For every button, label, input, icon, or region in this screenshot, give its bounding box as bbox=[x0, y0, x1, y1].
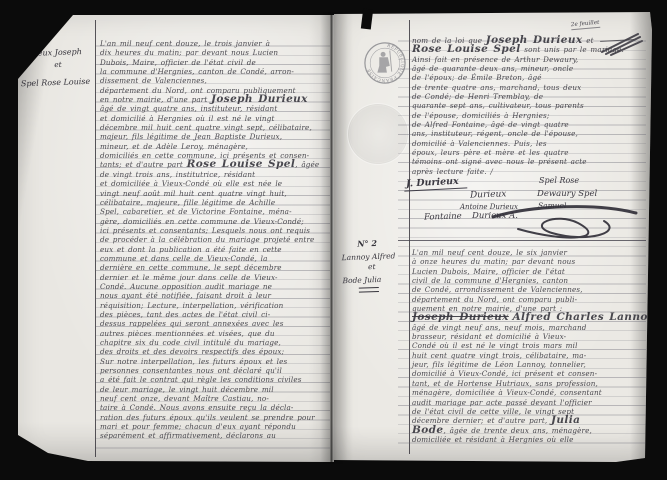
right-page: 2e feuillet RÉPUBLIQUE FRANÇAISE N° 2 La… bbox=[334, 12, 652, 462]
signature: Spel Rose bbox=[539, 176, 579, 185]
manuscript-line: décembre mil huit cent quatre vingt sept… bbox=[100, 123, 330, 132]
emphasized-name: Alfred Charles Lannoy bbox=[512, 311, 654, 323]
act1-number: N° 1 bbox=[29, 28, 93, 40]
manuscript-line: taire à Condé. Nous avons ensuite reçu l… bbox=[100, 403, 330, 412]
manuscript-line: ménagère, domiciliée à Vieux-Condé, cons… bbox=[412, 388, 646, 397]
manuscript-line: commune et dans celle de Vieux-Condé, la bbox=[100, 254, 330, 263]
manuscript-line: ici présents et consentants; Lesquels no… bbox=[100, 226, 330, 235]
manuscript-line: dernière en cette commune, le sept décem… bbox=[100, 263, 330, 272]
manuscript-line: nous ayant été notifiée, faisant droit à… bbox=[100, 291, 330, 300]
manuscript-line: tant, et de Hortense Hutriaux, sans prof… bbox=[412, 379, 646, 388]
signature: Durieux A. bbox=[472, 211, 518, 221]
manuscript-line: domiciliée et résidant à Hergnies où ell… bbox=[412, 435, 646, 444]
emphasized-name: Joseph Durieux bbox=[412, 311, 509, 323]
manuscript-line: domicilié à Vieux-Condé, ici présent et … bbox=[412, 369, 646, 378]
left-page: N° 1 Durieux Joseph et Spel Rose Louise … bbox=[18, 15, 334, 462]
manuscript-line: tants; et d'autre part Rose Louise Spel,… bbox=[100, 160, 330, 169]
manuscript-line: gère, domiciliés en cette commune de Vie… bbox=[100, 217, 330, 226]
manuscript-line: vingt neuf août mil huit cent quatre vin… bbox=[100, 189, 330, 198]
emphasized-name: Rose Louise Spel bbox=[187, 158, 296, 170]
manuscript-line: de vingt trois ans, institutrice, résida… bbox=[100, 170, 330, 179]
manuscript-line: de Condé, arrondissement de Valenciennes… bbox=[412, 285, 646, 294]
manuscript-line: décembre dernier; et d'autre part, Julia bbox=[412, 416, 646, 425]
act1-bride-name: Spel Rose Louise bbox=[21, 77, 95, 89]
signature: Antoine Durieux bbox=[460, 203, 518, 211]
manuscript-line: des pièces, tant des actes de l'état civ… bbox=[100, 310, 330, 319]
signature: Dewaury Spel bbox=[537, 189, 597, 199]
manuscript-line: huit cent quatre vingt trois, célibatair… bbox=[412, 351, 646, 360]
manuscript-line: Bode, âgée de trente deux ans, ménagère, bbox=[412, 426, 646, 435]
manuscript-line: autres pièces mentionnées et visées, que… bbox=[100, 329, 330, 338]
manuscript-line: âgé de vingt quatre ans, instituteur, ré… bbox=[100, 104, 330, 113]
act1-margin-note: N° 1 Durieux Joseph et Spel Rose Louise bbox=[19, 28, 95, 89]
manuscript-line: majeur, fils légitime de Jean Baptiste D… bbox=[100, 132, 330, 141]
act1-body-text: L'an mil neuf cent douze, le trois janvi… bbox=[96, 39, 330, 441]
manuscript-line: jeur, fils légitime de Léon Lannoy, tonn… bbox=[412, 360, 646, 369]
manuscript-line: L'an mil neuf cent douze, le trois janvi… bbox=[100, 39, 330, 48]
manuscript-line: Condé où il est né le vingt trois mars m… bbox=[412, 341, 646, 350]
signature: Samuel bbox=[538, 201, 566, 210]
manuscript-line: département du Nord, ont comparu publi- bbox=[412, 295, 646, 304]
manuscript-line: personnes consentantes nous ont déclaré … bbox=[100, 366, 330, 375]
manuscript-line: L'an mil neuf cent douze, le six janvier bbox=[412, 248, 646, 257]
manuscript-line: civil de la commune d'Hergnies, canton bbox=[412, 276, 646, 285]
manuscript-line: audit mariage par acte passé devant l'of… bbox=[412, 398, 646, 407]
manuscript-line: chapitre six du code civil intitulé du m… bbox=[100, 338, 330, 347]
scanned-register-spread: N° 1 Durieux Joseph et Spel Rose Louise … bbox=[0, 0, 667, 480]
manuscript-line: Joseph Durieux Alfred Charles Lannoy bbox=[412, 313, 646, 322]
manuscript-line: de l'état civil de cette ville, le vingt… bbox=[412, 407, 646, 416]
manuscript-line: âgé de vingt neuf ans, neuf mois, marcha… bbox=[412, 323, 646, 332]
left-ruled-text-area: L'an mil neuf cent douze, le trois janvi… bbox=[96, 37, 330, 451]
manuscript-line: brasseur, résidant et domicilié à Vieux- bbox=[412, 332, 646, 341]
margin-underline bbox=[359, 287, 379, 293]
signature: Fontaine bbox=[424, 211, 462, 222]
manuscript-line: et domiciliée à Vieux-Condé où elle est … bbox=[100, 179, 330, 188]
manuscript-line: Spel, cabaretier, et de Victorine Fontai… bbox=[100, 207, 330, 216]
emphasized-name: Joseph Durieux bbox=[211, 93, 308, 105]
manuscript-line: Sur notre interpellation, les futurs épo… bbox=[100, 357, 330, 366]
manuscript-line: eux et dont la publication a été faite e… bbox=[100, 245, 330, 254]
signature: Durieux bbox=[470, 189, 507, 200]
manuscript-line: séparément et affirmativement, déclarons… bbox=[100, 431, 330, 440]
manuscript-line: de leur mariage, le vingt huit décembre … bbox=[100, 385, 330, 394]
manuscript-line: à onze heures du matin; par devant nous bbox=[412, 257, 646, 266]
emphasized-name: Bode bbox=[412, 424, 444, 436]
right-ruled-text-area: nom de la loi que Joseph Durieux et Rose… bbox=[398, 32, 646, 450]
manuscript-line: la commune d'Hergnies, canton de Condé, … bbox=[100, 67, 330, 76]
manuscript-line: en notre mairie, d'une part Joseph Durie… bbox=[100, 95, 330, 104]
manuscript-line: a été fait le contrat qui règle les cond… bbox=[100, 375, 330, 384]
manuscript-line: mari et pour femme; chacun d'eux ayant r… bbox=[100, 422, 330, 431]
manuscript-line: célibataire, majeure, fille légitime de … bbox=[100, 198, 330, 207]
manuscript-line: et domicilié à Hergnies où il est né le … bbox=[100, 114, 330, 123]
manuscript-line: dessus rappelées qui seront annexées ave… bbox=[100, 319, 330, 328]
record-separator-line bbox=[398, 240, 646, 241]
act2-body-text: L'an mil neuf cent douze, le six janvier… bbox=[412, 248, 646, 444]
manuscript-line: dissement de Valenciennes, bbox=[100, 76, 330, 85]
manuscript-line: neuf cent onze, devant Maître Castiau, n… bbox=[100, 394, 330, 403]
act1-groom-name: Durieux Joseph bbox=[20, 47, 94, 59]
emphasized-name: Julia bbox=[551, 414, 580, 426]
manuscript-line: Condé. Aucune opposition audit mariage n… bbox=[100, 282, 330, 291]
seated-figure-icon bbox=[377, 51, 391, 73]
manuscript-line: Lucien Dubois, Maire, officier de l'état bbox=[412, 267, 646, 276]
manuscript-line: réquisition; Lecture, interpellation, vé… bbox=[100, 301, 330, 310]
manuscript-line: de procéder à la célébration du mariage … bbox=[100, 235, 330, 244]
manuscript-line: dernier et le même jour dans celle de Vi… bbox=[100, 273, 330, 282]
signature: J. Durieux bbox=[404, 175, 467, 191]
manuscript-line: Dubois, Maire, officier de l'état civil … bbox=[100, 58, 330, 67]
manuscript-line: ration des futurs époux qu'ils veulent s… bbox=[100, 413, 330, 422]
manuscript-line: mineur, et de Adèle Leroy, ménagère, bbox=[100, 142, 330, 151]
manuscript-line: dix heures du matin; par devant nous Luc… bbox=[100, 48, 330, 57]
manuscript-line: des droits et des devoirs respectifs des… bbox=[100, 347, 330, 356]
act1-conjunction: et bbox=[54, 59, 94, 69]
folio-note: 2e feuillet bbox=[571, 20, 600, 30]
